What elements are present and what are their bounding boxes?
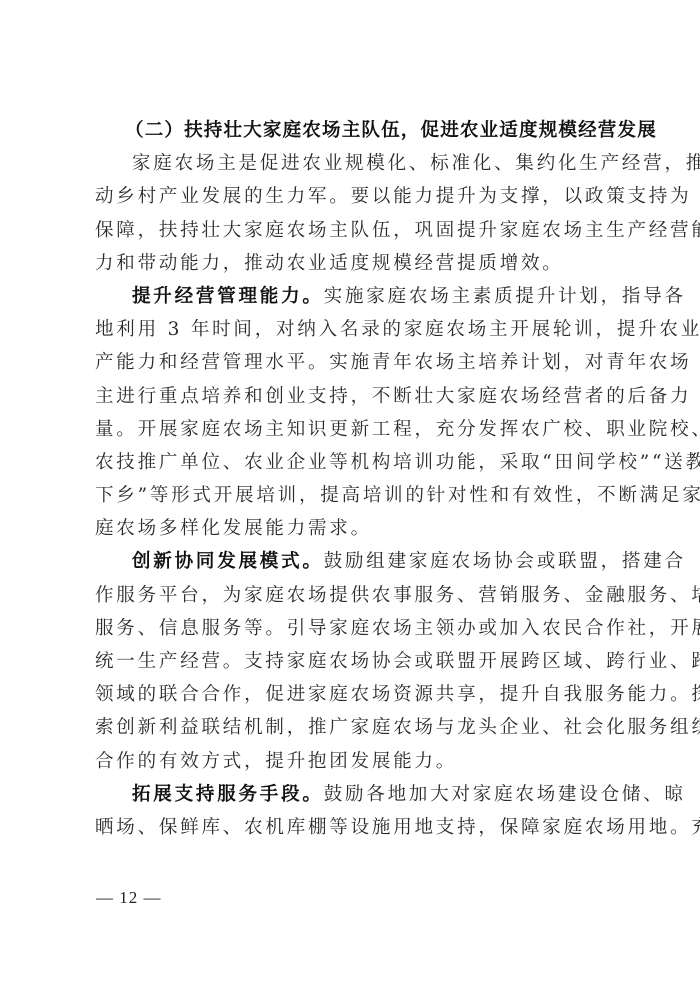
paragraph-4-lead: 拓展支持服务手段。 [132,784,324,805]
section-heading: （二）扶持壮大家庭农场主队伍，促进农业适度规模经营发展 [95,114,609,147]
paragraph-4-line-2: 晒场、保鲜库、农机库棚等设施用地支持，保障家庭农场用地。充 [95,811,609,844]
page-number: — 12 — [96,888,162,908]
paragraph-3-line-6: 索创新利益联结机制，推广家庭农场与龙头企业、社会化服务组织 [95,711,609,744]
paragraph-2-line-5: 量。开展家庭农场主知识更新工程，充分发挥农广校、职业院校、 [95,413,609,446]
paragraph-4-line-1: 拓展支持服务手段。鼓励各地加大对家庭农场建设仓储、晾 [95,778,609,811]
paragraph-2-line-6: 农技推广单位、农业企业等机构培训功能，采取“田间学校”“送教 [95,446,609,479]
paragraph-2-line-8: 庭农场多样化发展能力需求。 [95,512,609,545]
paragraph-2-lead: 提升经营管理能力。 [132,286,324,307]
paragraph-2-line-1-text: 实施家庭农场主素质提升计划，指导各 [324,286,686,307]
paragraph-3-line-5: 领域的联合合作，促进家庭农场资源共享，提升自我服务能力。探 [95,678,609,711]
paragraph-3-line-4: 统一生产经营。支持家庭农场协会或联盟开展跨区域、跨行业、跨 [95,645,609,678]
paragraph-2-line-2: 地利用 3 年时间，对纳入名录的家庭农场主开展轮训，提升农业生 [95,313,609,346]
paragraph-2-line-3: 产能力和经营管理水平。实施青年农场主培养计划，对青年农场 [95,346,609,379]
paragraph-2-line-7: 下乡”等形式开展培训，提高培训的针对性和有效性，不断满足家 [95,479,609,512]
paragraph-1-line-1: 家庭农场主是促进农业规模化、标准化、集约化生产经营，推 [95,147,609,180]
paragraph-3-line-1-text: 鼓励组建家庭农场协会或联盟，搭建合 [324,551,686,572]
paragraph-2-line-4: 主进行重点培养和创业支持，不断壮大家庭农场经营者的后备力 [95,380,609,413]
paragraph-3-lead: 创新协同发展模式。 [132,551,324,572]
paragraph-1-line-4: 力和带动能力，推动农业适度规模经营提质增效。 [95,247,609,280]
paragraph-3-line-1: 创新协同发展模式。鼓励组建家庭农场协会或联盟，搭建合 [95,545,609,578]
paragraph-1-line-3: 保障，扶持壮大家庭农场主队伍，巩固提升家庭农场主生产经营能 [95,214,609,247]
paragraph-3-line-2: 作服务平台，为家庭农场提供农事服务、营销服务、金融服务、培训 [95,579,609,612]
paragraph-3-line-7: 合作的有效方式，提升抱团发展能力。 [95,745,609,778]
paragraph-3-line-3: 服务、信息服务等。引导家庭农场主领办或加入农民合作社，开展 [95,612,609,645]
paragraph-4-line-1-text: 鼓励各地加大对家庭农场建设仓储、晾 [324,784,686,805]
document-page: （二）扶持壮大家庭农场主队伍，促进农业适度规模经营发展 家庭农场主是促进农业规模… [95,114,609,844]
paragraph-2-line-1: 提升经营管理能力。实施家庭农场主素质提升计划，指导各 [95,280,609,313]
paragraph-1-line-2: 动乡村产业发展的生力军。要以能力提升为支撑，以政策支持为 [95,180,609,213]
